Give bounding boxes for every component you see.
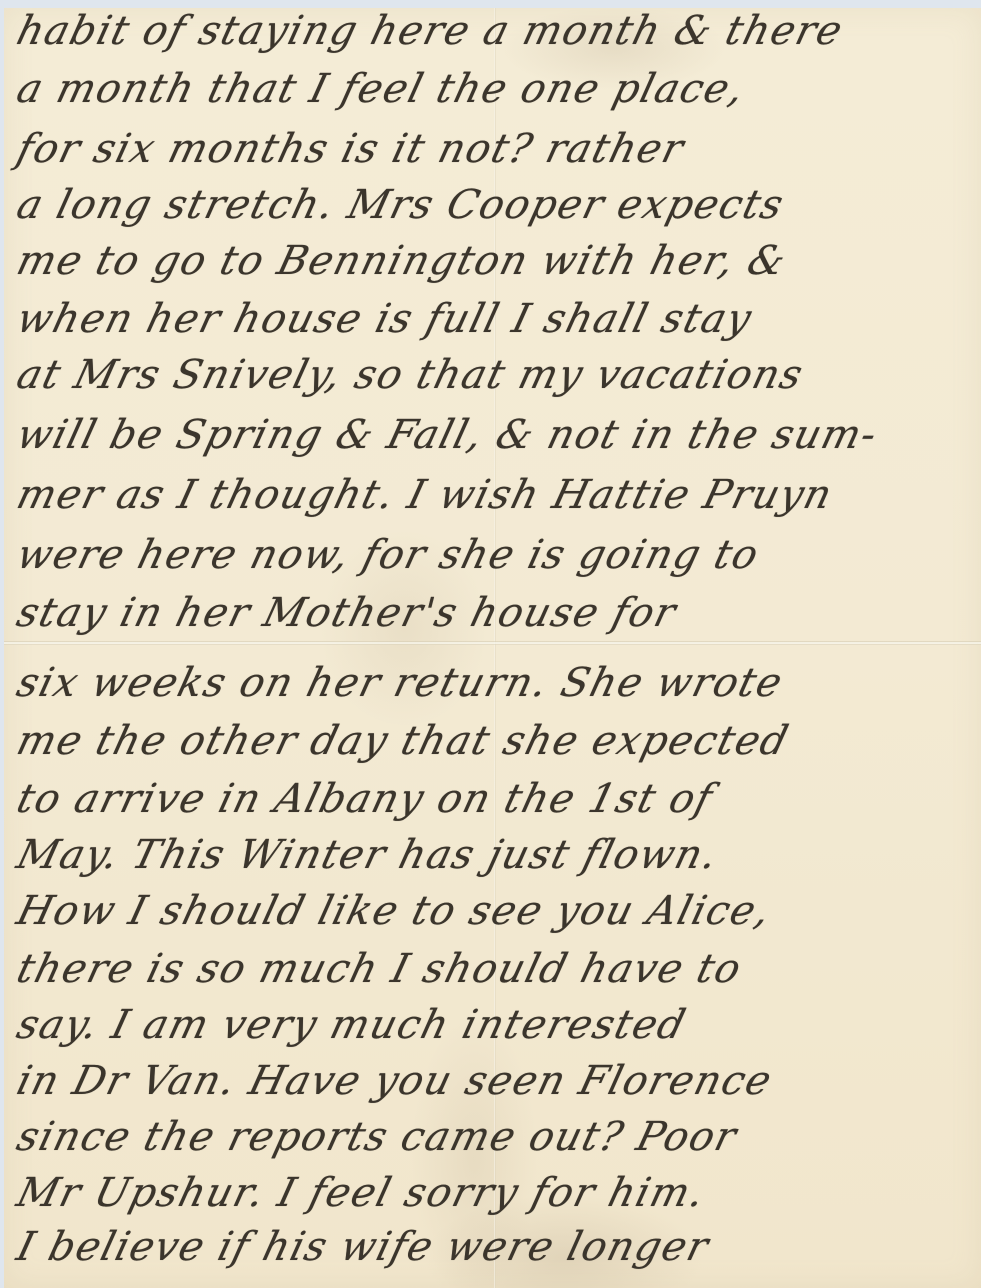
text-line: habit of staying here a month & there: [12, 8, 848, 54]
text-line: May. This Winter has just flown.: [12, 832, 723, 878]
text-line: for six months is it not? rather: [12, 126, 689, 172]
text-line: mer as I thought. I wish Hattie Pruyn: [12, 472, 837, 518]
horizontal-fold-crease: [4, 641, 981, 645]
text-line: stay in her Mother's house for: [12, 590, 681, 636]
text-line: at Mrs Snively, so that my vacations: [12, 352, 808, 398]
text-line: Mr Upshur. I feel sorry for him.: [12, 1170, 710, 1216]
text-line: me the other day that she expected: [12, 718, 794, 764]
text-line: I believe if his wife were longer: [12, 1224, 714, 1270]
text-line: in Dr Van. Have you seen Florence: [12, 1058, 777, 1104]
text-line: will be Spring & Fall, & not in the sum-: [12, 412, 882, 458]
text-line: a long stretch. Mrs Cooper expects: [12, 182, 789, 228]
text-line: a month that I feel the one place,: [12, 66, 750, 112]
text-line: there is so much I should have to: [12, 946, 746, 992]
text-line: six weeks on her return. She wrote: [12, 660, 788, 706]
text-line: were here now, for she is going to: [12, 532, 764, 578]
text-line: say. I am very much interested: [12, 1002, 691, 1048]
text-line: since the reports came out? Poor: [12, 1114, 742, 1160]
text-line: How I should like to see you Alice,: [12, 888, 776, 934]
text-line: when her house is full I shall stay: [12, 296, 757, 342]
text-line: me to go to Bennington with her, &: [12, 238, 791, 284]
text-line: to arrive in Albany on the 1st of: [12, 776, 718, 822]
